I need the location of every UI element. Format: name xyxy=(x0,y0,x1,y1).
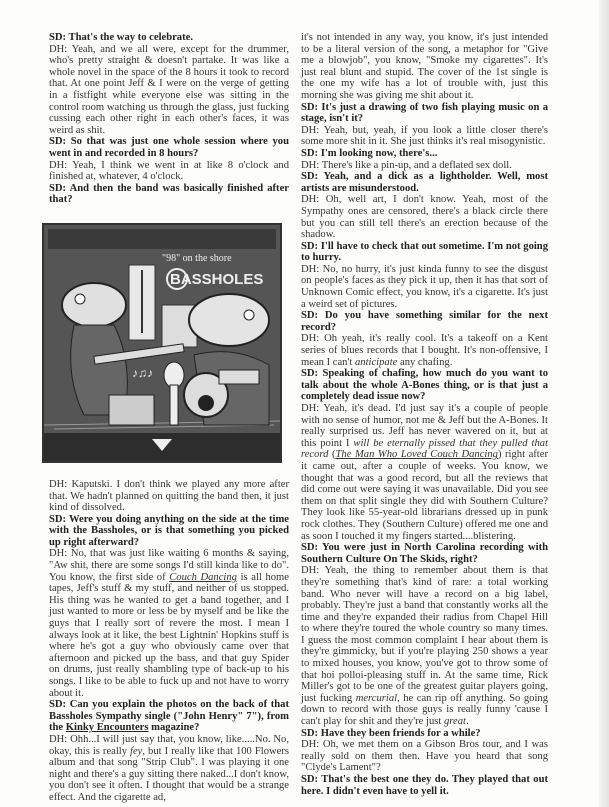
emphasis: fey xyxy=(130,746,142,757)
question: SD: Yeah, and a dick as a lightholder. W… xyxy=(301,171,548,194)
answer: DH: Ohh...I will just say that, you know… xyxy=(49,734,289,804)
answer: DH: Yeah, and we all were, except for th… xyxy=(49,44,289,137)
question: SD: Can you explain the photos on the ba… xyxy=(49,699,289,734)
question: SD: So that was just one whole session w… xyxy=(49,136,289,159)
svg-text:♪♫♪: ♪♫♪ xyxy=(132,366,153,380)
question: SD: Have they been friends for a while? xyxy=(301,728,548,740)
answer: DH: Oh, we met them on a Gibson Bros tou… xyxy=(301,739,548,774)
album-cover-illustration: "98" on the shore BASSHOLES ♪♫♪ xyxy=(42,223,282,463)
question: SD: I'm looking now, there's... xyxy=(301,148,548,160)
question-text: magazine? xyxy=(149,722,200,733)
left-column: SD: That's the way to celebrate. DH: Yea… xyxy=(49,32,289,804)
answer: DH: Oh yeah, it's really cool. It's a ta… xyxy=(301,333,548,368)
answer: DH: No, no hurry, it's just kinda funny … xyxy=(301,264,548,310)
answer-text: is all home tapes, Jeff's stuff & my stu… xyxy=(49,572,289,699)
question: SD: Were you doing anything on the side … xyxy=(49,514,289,549)
album-title: The Man Who Loved Couch Dancing xyxy=(336,449,498,460)
answer-text: DH: Yeah, the thing to remember about th… xyxy=(301,565,548,704)
answer: DH: Yeah, I think we went in at like 8 o… xyxy=(49,160,289,183)
answer-text: any chafing. xyxy=(397,357,452,368)
bassholes-cover-art: "98" on the shore BASSHOLES ♪♫♪ xyxy=(44,225,280,461)
page-edge-shadow xyxy=(599,0,609,807)
question: SD: Speaking of chafing, how much do you… xyxy=(301,368,548,403)
answer: DH: Yeah, the thing to remember about th… xyxy=(301,565,548,727)
answer: DH: Yeah, it's dead. I'd just say it's a… xyxy=(301,403,548,542)
emphasis: anticipate xyxy=(355,357,397,368)
question: SD: You were just in North Carolina reco… xyxy=(301,542,548,565)
answer-text: ) right after it came out, after a coupl… xyxy=(301,449,548,541)
answer: it's not intended in any way, you know, … xyxy=(301,32,548,102)
magazine-title: Kinky Encounters xyxy=(66,722,149,733)
question: SD: Do you have something similar for th… xyxy=(301,310,548,333)
cover-title: BASSHOLES xyxy=(170,271,263,288)
right-column: it's not intended in any way, you know, … xyxy=(301,32,548,797)
answer: DH: There's like a pin-up, and a deflate… xyxy=(301,160,548,172)
question: SD: That's the best one they do. They pl… xyxy=(301,774,548,797)
question: SD: I'll have to check that out sometime… xyxy=(301,241,548,264)
album-title: Couch Dancing xyxy=(169,572,237,583)
emphasis: great xyxy=(444,716,466,727)
cover-subtitle: "98" on the shore xyxy=(162,253,232,264)
emphasis: mercurial xyxy=(356,693,397,704)
answer: DH: Yeah, but, yeah, if you look a littl… xyxy=(301,125,548,148)
answer: DH: Kaputski. I don't think we played an… xyxy=(49,479,289,514)
question: SD: That's the way to celebrate. xyxy=(49,32,289,44)
answer-text: ( xyxy=(328,449,335,460)
answer: DH: No, that was just like waiting 6 mon… xyxy=(49,548,289,699)
answer: DH: Oh, well art, I don't know. Yeah, mo… xyxy=(301,194,548,240)
question: SD: It's just a drawing of two fish play… xyxy=(301,102,548,125)
answer-text: . xyxy=(466,716,469,727)
question: SD: And then the band was basically fini… xyxy=(49,183,289,206)
